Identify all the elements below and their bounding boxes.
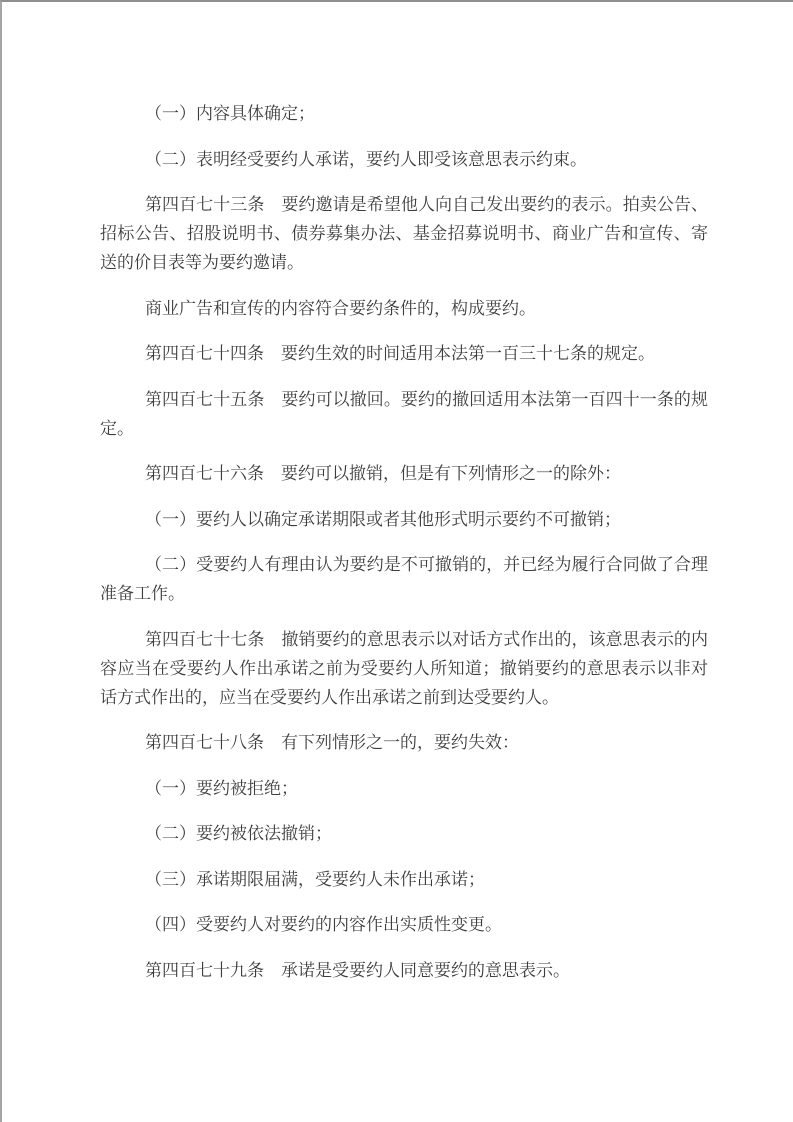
- paragraph: （一）内容具体确定；: [100, 99, 708, 128]
- paragraph: （一）要约被拒绝；: [100, 774, 708, 803]
- paragraph: 第四百七十三条 要约邀请是希望他人向自己发出要约的表示。拍卖公告、招标公告、招股…: [100, 190, 708, 277]
- paragraph: 第四百七十九条 承诺是受要约人同意要约的意思表示。: [100, 956, 708, 985]
- paragraph: 第四百七十六条 要约可以撤销，但是有下列情形之一的除外：: [100, 459, 708, 488]
- paragraph: （一）要约人以确定承诺期限或者其他形式明示要约不可撤销；: [100, 505, 708, 534]
- paragraph: 第四百七十七条 撤销要约的意思表示以对话方式作出的，该意思表示的内容应当在受要约…: [100, 625, 708, 712]
- paragraph: （二）要约被依法撤销；: [100, 819, 708, 848]
- paragraph: 第四百七十八条 有下列情形之一的，要约失效：: [100, 728, 708, 757]
- paragraph: （二）受要约人有理由认为要约是不可撤销的，并已经为履行合同做了合理准备工作。: [100, 550, 708, 608]
- paragraph: 商业广告和宣传的内容符合要约条件的，构成要约。: [100, 294, 708, 323]
- paragraph: （二）表明经受要约人承诺，要约人即受该意思表示约束。: [100, 145, 708, 174]
- document-page: （一）内容具体确定；（二）表明经受要约人承诺，要约人即受该意思表示约束。第四百七…: [0, 0, 793, 1122]
- paragraph: 第四百七十四条 要约生效的时间适用本法第一百三十七条的规定。: [100, 339, 708, 368]
- paragraph: （三）承诺期限届满，受要约人未作出承诺；: [100, 865, 708, 894]
- paragraph: （四）受要约人对要约的内容作出实质性变更。: [100, 910, 708, 939]
- paragraph: 第四百七十五条 要约可以撤回。要约的撤回适用本法第一百四十一条的规定。: [100, 385, 708, 443]
- document-content: （一）内容具体确定；（二）表明经受要约人承诺，要约人即受该意思表示约束。第四百七…: [2, 2, 793, 985]
